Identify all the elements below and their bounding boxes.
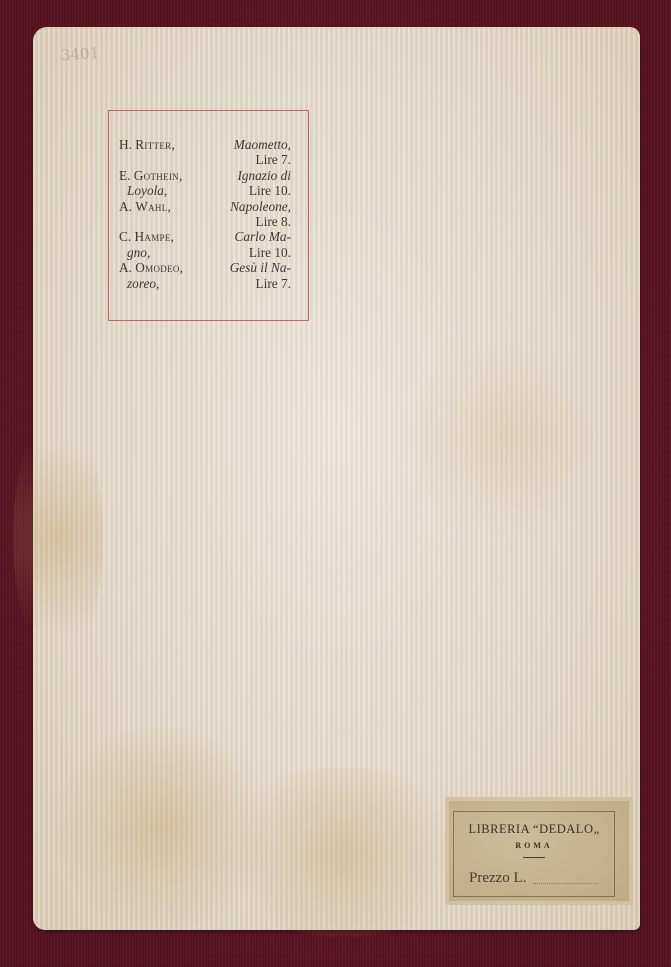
ad-line: E. Gothein, Ignazio di <box>119 168 291 183</box>
bookseller-name: LIBRERIA “DEDALO„ <box>454 822 614 837</box>
foxing-stain <box>413 327 593 547</box>
foxing-stain <box>13 407 103 667</box>
ad-line: A. Wahl, Napoleone, <box>119 199 291 214</box>
ad-line: Loyola, Lire 10. <box>119 183 291 198</box>
book-back-cover: 3401 H. Ritter, Maometto, Lire 7. E. Got… <box>33 27 640 930</box>
bookseller-city: ROMA <box>454 841 614 850</box>
ad-line: zoreo, Lire 7. <box>119 276 291 291</box>
foxing-stain <box>213 767 473 937</box>
ad-line: A. Omodeo, Gesù il Na- <box>119 260 291 275</box>
label-divider <box>523 857 545 858</box>
pencil-mark: 3401 <box>60 44 99 65</box>
ad-line: gno, Lire 10. <box>119 245 291 260</box>
bookseller-label: LIBRERIA “DEDALO„ ROMA Prezzo L. <box>445 797 633 905</box>
advertisement-box: H. Ritter, Maometto, Lire 7. E. Gothein,… <box>108 110 309 321</box>
ad-line: Lire 8. <box>119 214 291 229</box>
price-label: Prezzo L. <box>469 870 526 887</box>
advertisement-list: H. Ritter, Maometto, Lire 7. E. Gothein,… <box>119 137 291 291</box>
label-frame: LIBRERIA “DEDALO„ ROMA Prezzo L. <box>453 811 615 897</box>
ad-line: H. Ritter, Maometto, <box>119 137 291 152</box>
ad-line: Lire 7. <box>119 152 291 167</box>
price-blank <box>534 883 598 884</box>
ad-line: C. Hampe, Carlo Ma- <box>119 229 291 244</box>
